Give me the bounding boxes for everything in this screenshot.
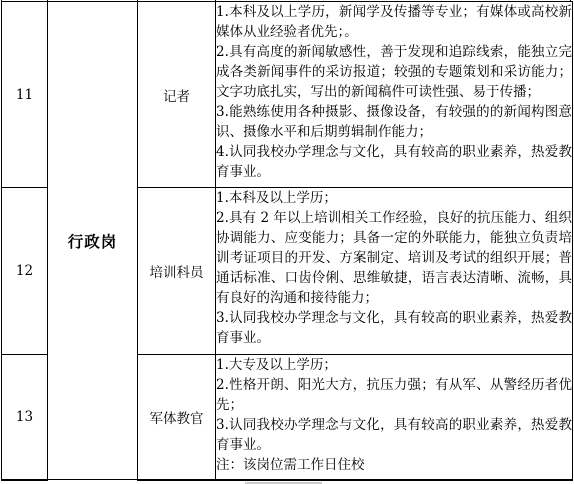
recruitment-positions-table: 11 行政岗 记者 1.本科及以上学历，新闻学及传播等专业；有媒体或高校新媒体从… (1, 1, 573, 481)
requirements-cell: 1.大专及以上学历； 2.性格开朗、阳光大方，抗压力强；有从军、从警经历者优先；… (216, 355, 573, 480)
row-number-cell: 13 (2, 355, 48, 480)
requirements-cell: 1.本科及以上学历； 2.具有 2 年以上培训相关工作经验，良好的抗压能力、组织… (216, 188, 573, 355)
requirements-cell: 1.本科及以上学历，新闻学及传播等专业；有媒体或高校新媒体从业经验者优先；。 2… (216, 2, 573, 188)
table-row: 11 行政岗 记者 1.本科及以上学历，新闻学及传播等专业；有媒体或高校新媒体从… (2, 2, 573, 188)
position-name-cell: 培训科员 (138, 188, 216, 355)
document-page: 11 行政岗 记者 1.本科及以上学历，新闻学及传播等专业；有媒体或高校新媒体从… (0, 0, 574, 484)
position-name-cell: 军体教官 (138, 355, 216, 480)
row-number-cell: 12 (2, 188, 48, 355)
position-name-cell: 记者 (138, 2, 216, 188)
category-cell: 行政岗 (48, 2, 138, 480)
row-number-cell: 11 (2, 2, 48, 188)
